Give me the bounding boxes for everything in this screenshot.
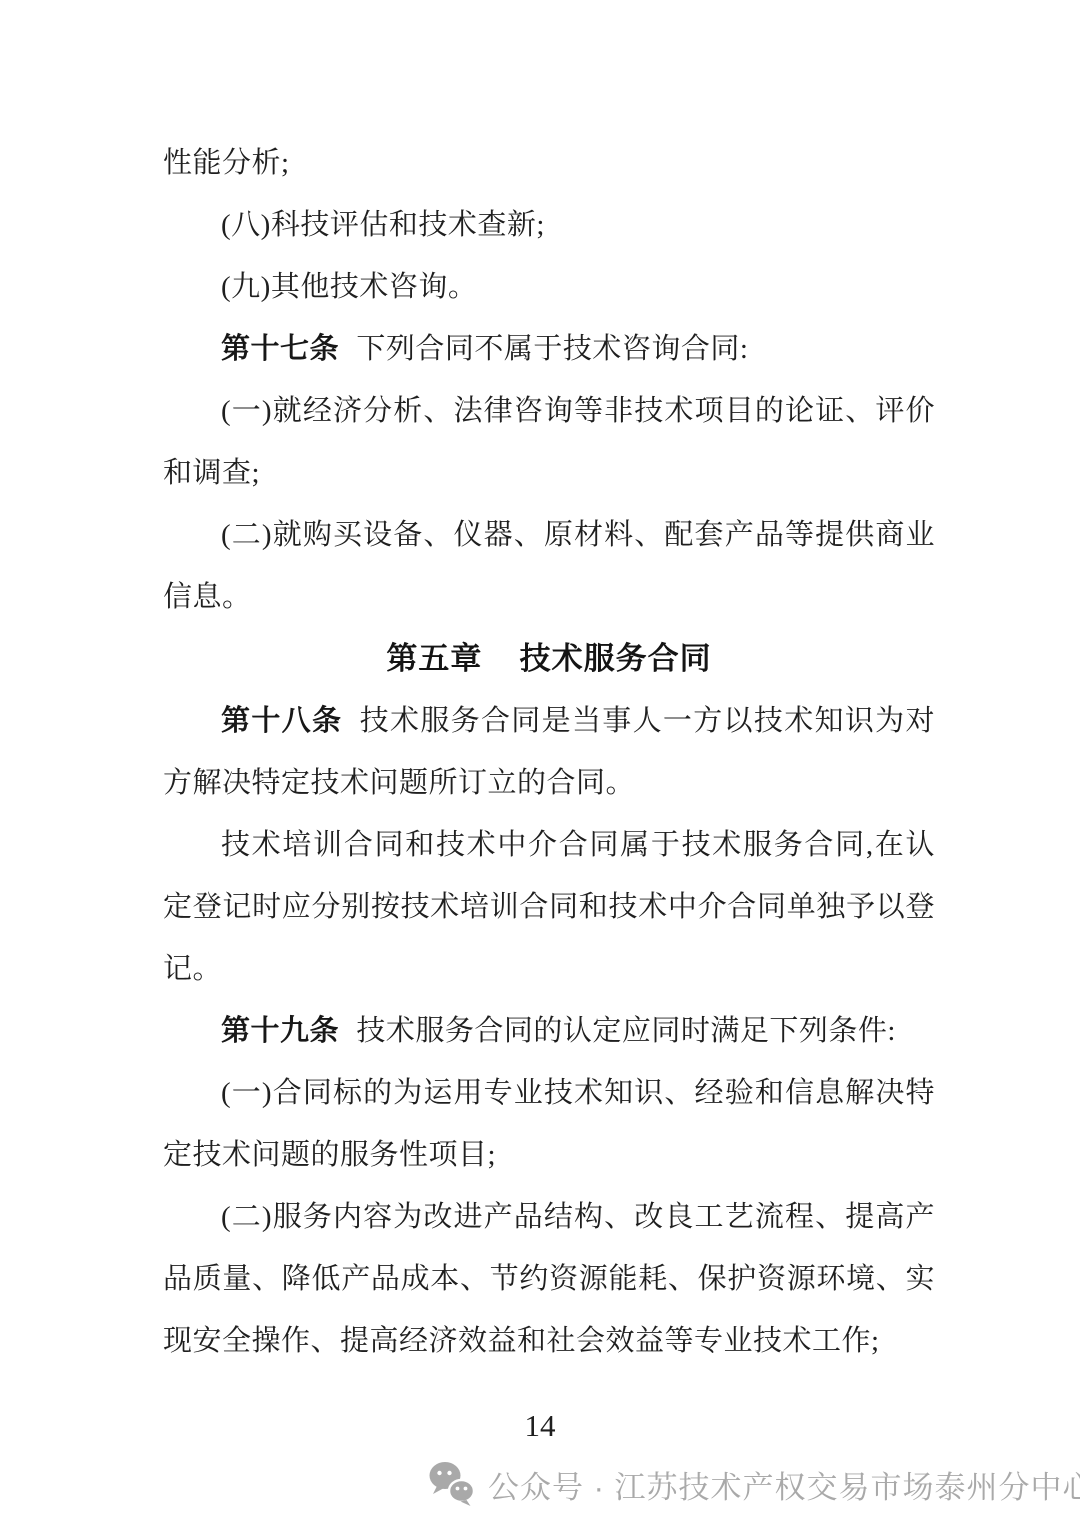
list-item-paragraph: (一)合同标的为运用专业技术知识、经验和信息解决特定技术问题的服务性项目; (163, 1062, 935, 1186)
paragraph-text: (二)服务内容为改进产品结构、改良工艺流程、提高产品质量、降低产品成本、节约资源… (163, 1201, 935, 1357)
paragraph-text: 技术服务合同的认定应同时满足下列条件: (356, 1015, 896, 1047)
list-item-paragraph: (九)其他技术咨询。 (163, 256, 935, 318)
paragraph-text: (八)科技评估和技术查新; (221, 209, 545, 241)
paragraph-text: (一)合同标的为运用专业技术知识、经验和信息解决特定技术问题的服务性项目; (163, 1077, 935, 1171)
paragraph-continuation: 性能分析; (163, 132, 935, 194)
article-number: 第十八条 (221, 705, 342, 737)
paragraph-text: 性能分析; (163, 147, 290, 179)
wechat-account-text: 公众号 · 江苏技术产权交易市场泰州分中心 (488, 1462, 1080, 1507)
article-paragraph: 第十九条技术服务合同的认定应同时满足下列条件: (163, 1000, 935, 1062)
wechat-footer: 公众号 · 江苏技术产权交易市场泰州分中心 (428, 1460, 1080, 1508)
chapter-heading: 第五章技术服务合同 (163, 628, 935, 690)
paragraph-text: 技术培训合同和技术中介合同属于技术服务合同,在认定登记时应分别按技术培训合同和技… (163, 829, 935, 985)
list-item-paragraph: (一)就经济分析、法律咨询等非技术项目的论证、评价和调查; (163, 380, 935, 504)
article-number: 第十九条 (221, 1015, 339, 1047)
article-paragraph: 第十七条下列合同不属于技术咨询合同: (163, 318, 935, 380)
paragraph-text: 下列合同不属于技术咨询合同: (356, 333, 748, 365)
body-paragraph: 技术培训合同和技术中介合同属于技术服务合同,在认定登记时应分别按技术培训合同和技… (163, 814, 935, 1000)
document-body: 性能分析; (八)科技评估和技术查新; (九)其他技术咨询。 第十七条下列合同不… (163, 132, 935, 1372)
page-number: 14 (0, 1408, 1080, 1444)
wechat-icon (428, 1460, 476, 1508)
article-paragraph: 第十八条技术服务合同是当事人一方以技术知识为对方解决特定技术问题所订立的合同。 (163, 690, 935, 814)
list-item-paragraph: (八)科技评估和技术查新; (163, 194, 935, 256)
list-item-paragraph: (二)就购买设备、仪器、原材料、配套产品等提供商业信息。 (163, 504, 935, 628)
paragraph-text: (九)其他技术咨询。 (221, 271, 477, 303)
chapter-number: 第五章 (386, 641, 482, 676)
document-page: 性能分析; (八)科技评估和技术查新; (九)其他技术咨询。 第十七条下列合同不… (0, 0, 1080, 1527)
list-item-paragraph: (二)服务内容为改进产品结构、改良工艺流程、提高产品质量、降低产品成本、节约资源… (163, 1186, 935, 1372)
chapter-title: 技术服务合同 (520, 641, 712, 676)
paragraph-text: (一)就经济分析、法律咨询等非技术项目的论证、评价和调查; (163, 395, 935, 489)
paragraph-text: (二)就购买设备、仪器、原材料、配套产品等提供商业信息。 (163, 519, 935, 613)
article-number: 第十七条 (221, 333, 339, 365)
